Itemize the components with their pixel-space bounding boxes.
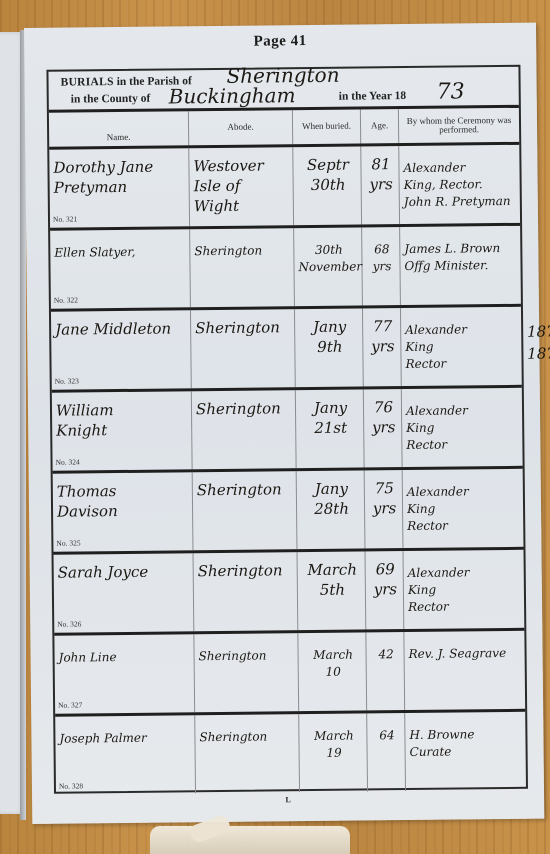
cell-name: Joseph PalmerNo. 328 <box>55 715 196 794</box>
entry-abode: Westover Isle of Wight <box>193 155 291 216</box>
cell-when-buried: 30th November <box>294 227 363 306</box>
county-name: Buckingham <box>169 83 296 108</box>
cell-when-buried: March 5th <box>298 551 367 630</box>
entry-abode: Sherington <box>195 317 292 338</box>
cell-when-buried: Jany 21st <box>296 389 365 468</box>
entry-rows: Dorothy Jane PretymanNo. 321 Westover Is… <box>49 145 526 795</box>
entry-when-buried: Septr 30th <box>297 155 358 196</box>
table-row: Joseph PalmerNo. 328 Sherington March 19… <box>55 712 526 795</box>
cell-age: 69 yrs <box>366 551 405 629</box>
cell-by-whom: Alexander King Rector1874 1874 <box>401 307 522 386</box>
entry-by-whom: Alexander King, Rector. John R. Pretyman <box>403 159 518 211</box>
entry-number: No. 324 <box>56 457 80 466</box>
cell-abode: Sherington <box>194 633 299 712</box>
cell-when-buried: Jany 9th <box>295 308 364 387</box>
cell-when-buried: March 19 <box>299 713 368 792</box>
cell-when-buried: March 10 <box>298 632 367 711</box>
cell-abode: Sherington <box>193 471 298 550</box>
cell-age: 42 <box>366 632 405 710</box>
burials-label: BURIALS <box>61 76 114 89</box>
cell-abode: Sherington <box>190 228 295 307</box>
entry-by-whom: Alexander King Rector <box>408 564 523 616</box>
table-row: Sarah JoyceNo. 326 Sherington March 5th … <box>54 550 525 636</box>
cell-by-whom: Rev. J. Seagrave <box>404 631 525 710</box>
entry-abode: Sherington <box>196 398 293 419</box>
register-header: BURIALS in the Parish of Sherington in t… <box>48 67 518 110</box>
entry-when-buried: March 10 <box>302 646 363 681</box>
entry-by-whom: Alexander King Rector <box>406 402 521 454</box>
table-row: Jane MiddletonNo. 323 Sherington Jany 9t… <box>51 307 522 393</box>
register-page: Page 41 BURIALS in the Parish of Shering… <box>24 23 544 824</box>
entry-number: No. 322 <box>54 295 78 304</box>
entry-number: No. 323 <box>55 376 79 385</box>
column-header-age: Age. <box>361 109 399 143</box>
cell-by-whom: Alexander King Rector <box>403 469 524 548</box>
entry-age: 68 yrs <box>366 241 397 275</box>
entry-number: No. 321 <box>53 214 77 223</box>
column-header-abode: Abode. <box>189 110 293 145</box>
cell-name: Jane MiddletonNo. 323 <box>51 310 192 389</box>
entry-when-buried: Jany 9th <box>299 316 360 357</box>
entry-when-buried: March 5th <box>302 559 363 600</box>
column-header-when-buried: When buried. <box>293 109 361 144</box>
entry-abode: Sherington <box>194 242 291 260</box>
entry-abode: Sherington <box>199 647 296 665</box>
year-digits: 73 <box>437 79 465 104</box>
cell-abode: Sherington <box>191 309 296 388</box>
entry-by-whom: James L. Brown Offg Minister. <box>404 240 518 275</box>
entry-when-buried: March 19 <box>303 727 364 762</box>
column-header-name: Name. <box>49 111 189 146</box>
cell-by-whom: Alexander King, Rector. John R. Pretyman <box>399 145 520 224</box>
entry-name: Thomas Davison <box>57 480 190 521</box>
column-header-by-whom: By whom the Ceremony was performed. <box>399 108 519 143</box>
entry-name: William Knight <box>56 399 189 440</box>
entry-age: 76 yrs <box>368 397 399 437</box>
entry-number: No. 326 <box>57 619 81 628</box>
table-row: William KnightNo. 324 Sherington Jany 21… <box>52 388 523 474</box>
entry-abode: Sherington <box>199 728 296 746</box>
cell-by-whom: Alexander King Rector <box>403 550 524 629</box>
cell-when-buried: Septr 30th <box>293 146 362 225</box>
entry-name: Joseph Palmer <box>59 729 192 747</box>
burial-register-table: BURIALS in the Parish of Sherington in t… <box>46 65 528 794</box>
column-headers: Name. Abode. When buried. Age. By whom t… <box>49 108 519 147</box>
entry-by-whom: Rev. J. Seagrave <box>408 645 522 663</box>
entry-age: 42 <box>370 646 401 663</box>
cell-age: 81 yrs <box>361 146 400 224</box>
entry-when-buried: Jany 21st <box>300 397 361 438</box>
entry-age: 77 yrs <box>367 316 398 356</box>
bookmark-ribbon <box>150 826 350 854</box>
cell-age: 64 <box>367 713 406 791</box>
entry-name: John Line <box>59 648 192 666</box>
cell-abode: Sherington <box>194 552 299 631</box>
entry-name: Dorothy Jane Pretyman <box>53 156 186 197</box>
entry-number: No. 327 <box>58 700 82 709</box>
entry-by-whom: H. Browne Curate <box>409 726 523 761</box>
entry-name: Ellen Slatyer, <box>54 243 187 261</box>
cell-age: 76 yrs <box>364 389 403 467</box>
cell-name: John LineNo. 327 <box>54 634 195 713</box>
entry-abode: Sherington <box>197 479 294 500</box>
entry-name: Sarah Joyce <box>58 561 191 582</box>
table-row: John LineNo. 327 Sherington March 10 42 … <box>54 631 525 717</box>
entry-when-buried: Jany 28th <box>301 478 362 519</box>
entry-age: 64 <box>371 727 402 744</box>
cell-age: 77 yrs <box>363 308 402 386</box>
entry-by-whom: Alexander King Rector <box>405 321 520 373</box>
year-prefix: in the Year 18 <box>339 90 407 103</box>
entry-age: 81 yrs <box>365 154 396 194</box>
cell-name: Dorothy Jane PretymanNo. 321 <box>49 148 190 227</box>
entry-age: 69 yrs <box>370 559 401 599</box>
entry-by-whom: Alexander King Rector <box>407 483 522 535</box>
page-title: Page 41 <box>24 31 536 53</box>
cell-abode: Sherington <box>192 390 297 469</box>
table-row: Ellen Slatyer,No. 322 Sherington 30th No… <box>50 226 521 312</box>
cell-age: 75 yrs <box>365 470 404 548</box>
cell-name: William KnightNo. 324 <box>52 391 193 470</box>
cell-abode: Westover Isle of Wight <box>189 147 294 226</box>
cell-abode: Sherington <box>195 714 300 793</box>
cell-by-whom: Alexander King Rector <box>402 388 523 467</box>
table-row: Thomas DavisonNo. 325 Sherington Jany 28… <box>53 469 524 555</box>
entry-when-buried: 30th November <box>298 242 359 277</box>
county-prefix: in the County of <box>71 93 151 106</box>
cell-by-whom: H. Browne Curate <box>405 712 526 791</box>
margin-year-note: 1874 1874 <box>527 320 550 364</box>
table-row: Dorothy Jane PretymanNo. 321 Westover Is… <box>49 145 520 231</box>
cell-when-buried: Jany 28th <box>297 470 366 549</box>
entry-age: 75 yrs <box>369 478 400 518</box>
entry-number: No. 325 <box>56 538 80 547</box>
cell-name: Sarah JoyceNo. 326 <box>54 553 195 632</box>
cell-name: Thomas DavisonNo. 325 <box>53 472 194 551</box>
entry-number: No. 328 <box>59 781 83 790</box>
cell-by-whom: James L. Brown Offg Minister. <box>400 226 521 305</box>
cell-age: 68 yrs <box>362 227 401 305</box>
entry-abode: Sherington <box>198 560 295 581</box>
signature-mark: L <box>32 793 544 807</box>
cell-name: Ellen Slatyer,No. 322 <box>50 229 191 308</box>
entry-name: Jane Middleton <box>55 318 188 339</box>
